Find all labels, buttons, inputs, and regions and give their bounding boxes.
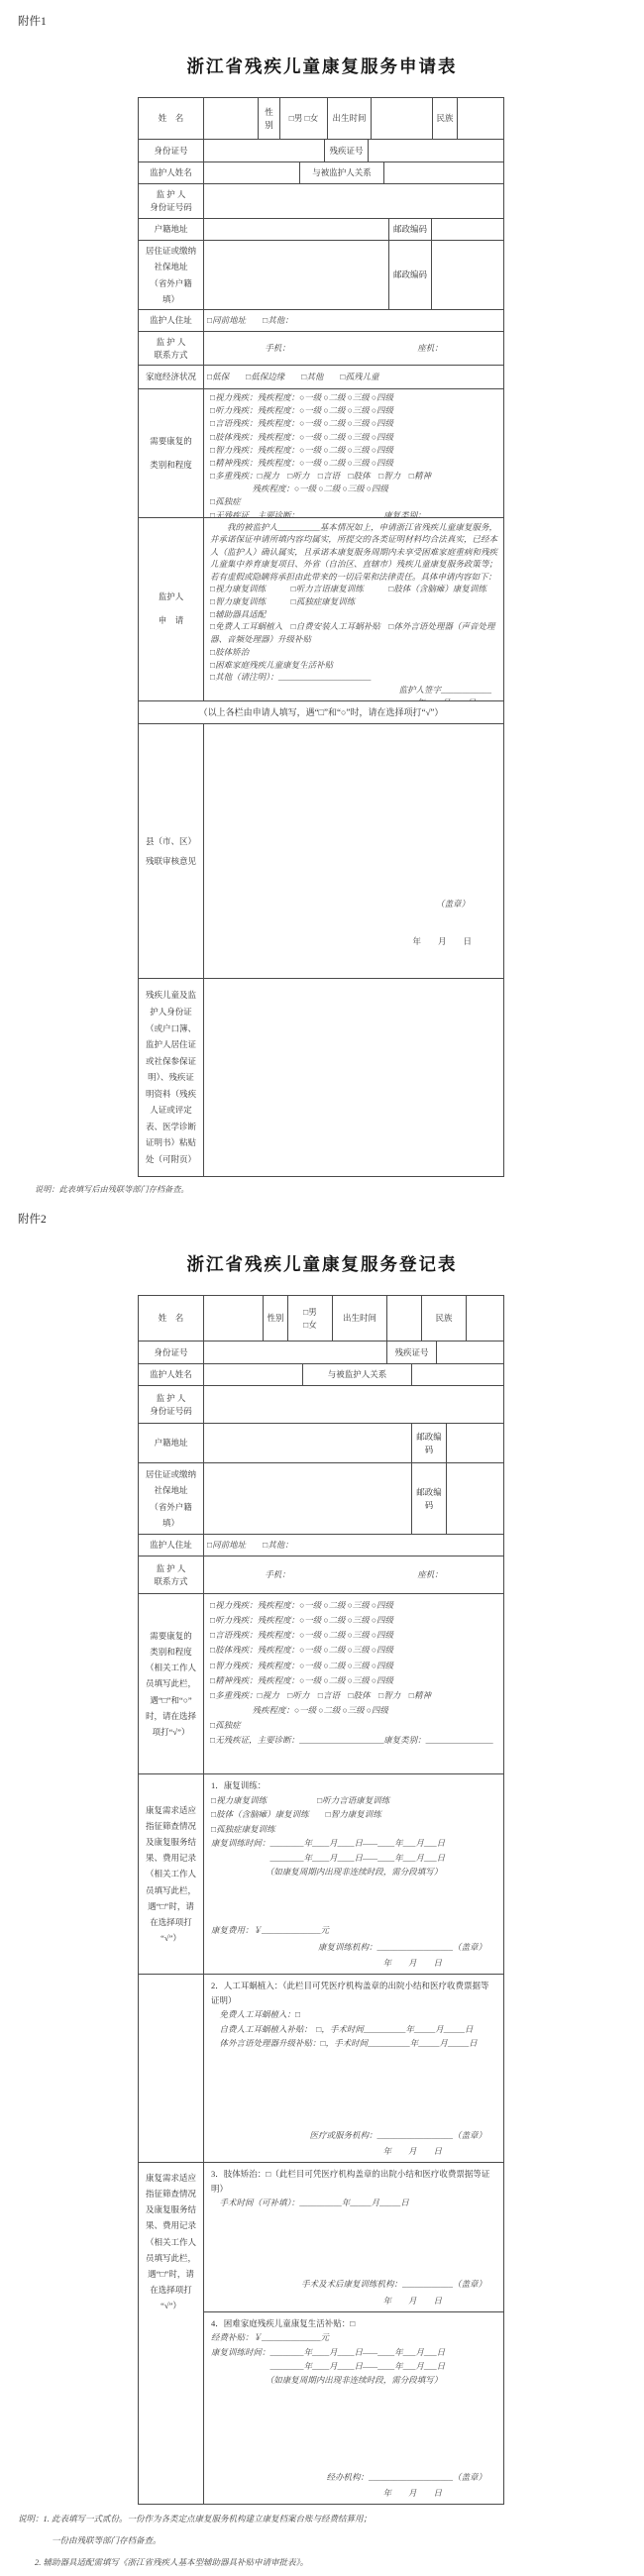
section1-cell: 1．康复训练：□视力康复训练 □听力言语康复训练□肢体（含脑瘫）康复训练 □智力… <box>203 1774 503 1974</box>
text-line: 免费人工耳蜗植入：□ <box>211 2007 496 2022</box>
guardian-name-value-cell <box>203 162 299 183</box>
text-line: □无残疾证，主要诊断：____________________康复类别：____… <box>210 509 497 517</box>
form2-row-rehab-category: 需要康复的 类别和程度 （相关工作人 员填写此栏， 遇“□”和“○” 时，请在选… <box>139 1593 503 1773</box>
form2-row-registered-addr: 户籍地址 邮政编码 <box>139 1423 503 1462</box>
section2-lines: 2．人工耳蜗植入：（此栏目可凭医疗机构盖章的出院小结和医疗收费票据等证明） 免费… <box>211 1979 496 2051</box>
rehab-category-label: 需要康复的 类别和程度 （相关工作人 员填写此栏， 遇“□”和“○” 时，请在选… <box>139 1594 203 1773</box>
fill-note: （以上各栏由申请人填写，遇“□”和“○”时，请在选择项打“√”） <box>139 701 503 723</box>
record-label-empty <box>139 1975 203 2162</box>
text-line: 康复训练时间：________年____月____日——____年___月___… <box>211 1836 496 1851</box>
postcode2-value-cell <box>446 1463 503 1534</box>
disability-no-label: 残疾证号 <box>324 140 368 161</box>
form1-table: 姓 名 性 别 □男 □女 出生时间 民族 身份证号 残疾证号 监护人姓名 与被… <box>138 97 504 1177</box>
ethnic-label: 民族 <box>421 1296 466 1341</box>
guardian-signature-line: 监护人签字____________ <box>210 684 497 697</box>
name-value-cell <box>203 98 258 139</box>
guardian-addr-label: 监护人住址 <box>139 1535 203 1556</box>
section3-org: 手术及术后康复训练机构：____________（盖章） <box>211 2278 496 2291</box>
id-label: 身份证号 <box>139 140 203 161</box>
form2-row-guardian-contact: 监 护 人 联系方式 手机： 座机： <box>139 1556 503 1593</box>
text-line: □视力残疾：残疾程度：○一级 ○二级 ○三级 ○四级 <box>210 391 497 404</box>
review-date: 年 月 日 <box>204 935 503 948</box>
registered-addr-value-cell <box>203 219 388 240</box>
text-line: 自费人工耳蜗植入补贴： □，手术时间__________年_____月_____… <box>211 2022 496 2037</box>
text-line: □视力康复训练 □听力言语康复训练 <box>211 1793 496 1808</box>
spacer <box>211 2387 496 2467</box>
form1-row-registered-addr: 户籍地址 邮政编码 <box>139 218 503 240</box>
registered-addr-label: 户籍地址 <box>139 219 203 240</box>
form2-row-id: 身份证号 残疾证号 <box>139 1341 503 1363</box>
form1-row-guardian-id: 监 护 人 身份证号码 <box>139 183 503 218</box>
spacer <box>211 1878 496 1923</box>
family-economy-options: □低保 □低保边缘 □其他 □孤残儿童 <box>203 366 503 388</box>
guardian-name-value-cell <box>203 1364 302 1385</box>
text-line: 体外言语处理器升级补贴：□，手术时间__________年_____月_____… <box>211 2036 496 2051</box>
guardian-contact-label: 监 护 人 联系方式 <box>139 1556 203 1593</box>
text-line: 2．人工耳蜗植入：（此栏目可凭医疗机构盖章的出院小结和医疗收费票据等证明） <box>211 1979 496 2007</box>
text-line: 4．困难家庭残疾儿童康复生活补贴：□ <box>211 2316 496 2331</box>
text-line: □困难家庭残疾儿童康复生活补贴 <box>210 659 497 672</box>
rehab-category-options: □视力残疾：残疾程度：○一级 ○二级 ○三级 ○四级□听力残疾：残疾程度：○一级… <box>203 389 503 517</box>
postcode-label: 邮政编码 <box>411 1424 446 1462</box>
text-line: □肢体残疾：残疾程度：○一级 ○二级 ○三级 ○四级 <box>210 431 497 444</box>
postcode-label: 邮政编码 <box>388 219 431 240</box>
residence-addr-label: 居住证或缴纳 社保地址 （省外户籍 填） <box>139 1463 203 1534</box>
review-content-cell: （盖章） 年 月 日 <box>203 724 503 978</box>
text-line: □听力残疾：残疾程度：○一级 ○二级 ○三级 ○四级 <box>210 1613 497 1628</box>
section4-org: 经办机构：____________________（盖章） <box>211 2471 496 2484</box>
text-line: □视力残疾：残疾程度：○一级 ○二级 ○三级 ○四级 <box>210 1598 497 1613</box>
disability-no-value-cell <box>368 140 503 161</box>
form1-row-guardian-addr: 监护人住址 □同前地址 □其他： <box>139 309 503 331</box>
section3-4-column: 3．肢体矫治：□（此栏目可凭医疗机构盖章的出院小结和医疗收费票据等证明） 手术时… <box>203 2163 503 2504</box>
text-line: 康复训练时间：________年____月____日——____年___月___… <box>211 2345 496 2360</box>
text-line: □精神残疾：残疾程度：○一级 ○二级 ○三级 ○四级 <box>210 457 497 470</box>
form2-row-residence-addr: 居住证或缴纳 社保地址 （省外户籍 填） 邮政编码 <box>139 1462 503 1534</box>
text-line: □言语残疾：残疾程度：○一级 ○二级 ○三级 ○四级 <box>210 1628 497 1643</box>
text-line: □孤独症 <box>210 495 497 508</box>
text-line: □智力残疾：残疾程度：○一级 ○二级 ○三级 ○四级 <box>210 1659 497 1673</box>
form1-row-guardian-name: 监护人姓名 与被监护人关系 <box>139 161 503 183</box>
text-line: □智力残疾：残疾程度：○一级 ○二级 ○三级 ○四级 <box>210 444 497 457</box>
form1-row-family-economy: 家庭经济状况 □低保 □低保边缘 □其他 □孤残儿童 <box>139 365 503 388</box>
guardian-relation-value-cell <box>383 162 503 183</box>
text-line: 残疾程度：○一级 ○二级 ○三级 ○四级 <box>210 483 497 495</box>
section3-date: 年 月 日 <box>211 2295 496 2308</box>
form1-row-review: 县（市、区） 残联审核意见 （盖章） 年 月 日 <box>139 723 503 978</box>
section1-lines: 1．康复训练：□视力康复训练 □听力言语康复训练□肢体（含脑瘫）康复训练 □智力… <box>211 1778 496 1866</box>
form2-table: 姓 名 性别 □男 □女 出生时间 民族 身份证号 残疾证号 监护人姓名 与被监… <box>138 1295 504 2505</box>
apply-statement: 我的被监护人__________基本情况如上，申请浙江省残疾儿童康复服务，并承诺… <box>210 521 497 583</box>
mobile-label: 手机： <box>265 1568 417 1581</box>
guardian-id-label: 监 护 人 身份证号码 <box>139 184 203 218</box>
postcode2-value-cell <box>431 241 503 309</box>
birth-label: 出生时间 <box>332 1296 386 1341</box>
text-line: 3．肢体矫治：□（此栏目可凭医疗机构盖章的出院小结和医疗收费票据等证明） <box>211 2167 496 2196</box>
landline-label: 座机： <box>417 342 443 355</box>
form2-row-name: 姓 名 性别 □男 □女 出生时间 民族 <box>139 1296 503 1341</box>
guardian-relation-label: 与被监护人关系 <box>299 162 383 183</box>
section3-lines: 3．肢体矫治：□（此栏目可凭医疗机构盖章的出院小结和医疗收费票据等证明） 手术时… <box>211 2167 496 2210</box>
postcode-value-cell <box>431 219 503 240</box>
guardian-relation-label: 与被监护人关系 <box>302 1364 411 1385</box>
guardian-id-label: 监 护 人 身份证号码 <box>139 1386 203 1423</box>
gender-label: 性 别 <box>258 98 279 139</box>
section2-cell: 2．人工耳蜗植入：（此栏目可凭医疗机构盖章的出院小结和医疗收费票据等证明） 免费… <box>203 1975 503 2162</box>
form2-row-section1: 康复需求适应 指征筛查情况 及康复服务结 果、费用记录 （相关工作人 员填写此栏… <box>139 1773 503 1974</box>
form1-row-residence-addr: 居住证或缴纳 社保地址 （省外户籍 填） 邮政编码 <box>139 240 503 309</box>
attachment1-label: 附件1 <box>0 0 644 29</box>
postcode2-label: 邮政编码 <box>388 241 431 309</box>
id-value-cell <box>203 140 324 161</box>
section2-date: 年 月 日 <box>211 2145 496 2158</box>
id-value-cell <box>203 1342 386 1363</box>
postcode-value-cell <box>446 1424 503 1462</box>
guardian-contact-label: 监 护 人 联系方式 <box>139 332 203 365</box>
form2-title: 浙江省残疾儿童康复服务登记表 <box>0 1251 644 1276</box>
text-line: ________年____月____日——____年___月___日 <box>211 2359 496 2374</box>
apply-date-line: 年 月 日 <box>210 697 497 700</box>
form1-row-fill-note: （以上各栏由申请人填写，遇“□”和“○”时，请在选择项打“√”） <box>139 700 503 723</box>
record-label-2: 康复需求适应 指征筛查情况 及康复服务结 果、费用记录 （相关工作人 员填写此栏… <box>139 2163 203 2504</box>
rehab-category-label: 需要康复的 类别和程度 <box>139 389 203 517</box>
text-line: □肢体残疾：残疾程度：○一级 ○二级 ○三级 ○四级 <box>210 1643 497 1658</box>
document-page: 附件1 浙江省残疾儿童康复服务申请表 姓 名 性 别 □男 □女 出生时间 民族… <box>0 0 644 2576</box>
birth-label: 出生时间 <box>327 98 371 139</box>
guardian-name-label: 监护人姓名 <box>139 1364 203 1385</box>
text-line: □精神残疾：残疾程度：○一级 ○二级 ○三级 ○四级 <box>210 1673 497 1688</box>
guardian-contact-value-cell: 手机： 座机： <box>203 332 503 365</box>
name-label: 姓 名 <box>139 1296 203 1341</box>
residence-addr-value-cell <box>203 1463 411 1534</box>
guardian-apply-label: 监护人 申 请 <box>139 518 203 700</box>
form1-footnote: 说明：此表填写后由残联等部门存档备查。 <box>35 1184 644 1195</box>
text-line: □肢体（含脑瘫）康复训练 □智力康复训练 <box>211 1807 496 1822</box>
review-seal: （盖章） <box>204 898 503 911</box>
disability-no-value-cell <box>436 1342 503 1363</box>
text-line: □免费人工耳蜗植入 □自费安装人工耳蜗补贴 □体外言语处理器（声音处理器、音频处… <box>210 620 497 646</box>
form1-title: 浙江省残疾儿童康复服务申请表 <box>0 54 644 78</box>
section1-date: 年 月 日 <box>211 1957 496 1970</box>
form2-footnotes: 说明：1. 此表填写一式贰份。一份作为各类定点康复服务机构建立康复档案台账与经费… <box>18 2513 644 2570</box>
birth-value-cell <box>386 1296 421 1341</box>
form1-row-id: 身份证号 残疾证号 <box>139 139 503 161</box>
section1-note: （如康复周期内出现非连续时段，需分段填写） <box>211 1866 496 1878</box>
residence-addr-value-cell <box>203 241 388 309</box>
family-economy-label: 家庭经济状况 <box>139 366 203 388</box>
guardian-id-value-cell <box>203 1386 503 1423</box>
section3-cell: 3．肢体矫治：□（此栏目可凭医疗机构盖章的出院小结和医疗收费票据等证明） 手术时… <box>204 2163 503 2311</box>
apply-options: □视力康复训练 □听力言语康复训练 □肢体（含脑瘫）康复训练□智力康复训练 □孤… <box>210 583 497 684</box>
form1-row-guardian-apply: 监护人 申 请 我的被监护人__________基本情况如上，申请浙江省残疾儿童… <box>139 517 503 700</box>
rehab-category-options: □视力残疾：残疾程度：○一级 ○二级 ○三级 ○四级□听力残疾：残疾程度：○一级… <box>203 1594 503 1773</box>
form1-row-guardian-contact: 监 护 人 联系方式 手机： 座机： <box>139 331 503 365</box>
form2-row-guardian-name: 监护人姓名 与被监护人关系 <box>139 1363 503 1385</box>
text-line: 2. 辅助器具适配需填写《浙江省残疾人基本型辅助器具补贴申请审批表》。 <box>18 2556 644 2569</box>
form1-row-rehab-category: 需要康复的 类别和程度 □视力残疾：残疾程度：○一级 ○二级 ○三级 ○四级□听… <box>139 388 503 517</box>
text-line: 1．康复训练： <box>211 1778 496 1793</box>
section4-lines: 4．困难家庭残疾儿童康复生活补贴：□经费补贴：￥______________元康… <box>211 2316 496 2374</box>
text-line: □视力康复训练 □听力言语康复训练 □肢体（含脑瘫）康复训练 <box>210 583 497 595</box>
landline-label: 座机： <box>417 1568 443 1581</box>
gender-options: □男 □女 <box>287 1296 332 1341</box>
form2-row-guardian-id: 监 护 人 身份证号码 <box>139 1385 503 1423</box>
form2-row-guardian-addr: 监护人住址 □同前地址 □其他： <box>139 1534 503 1556</box>
form1-row-name: 姓 名 性 别 □男 □女 出生时间 民族 <box>139 98 503 139</box>
text-line: □多重残疾：□视力 □听力 □言语 □肢体 □智力 □精神 <box>210 470 497 483</box>
text-line: □言语残疾：残疾程度：○一级 ○二级 ○三级 ○四级 <box>210 417 497 430</box>
disability-no-label: 残疾证号 <box>386 1342 436 1363</box>
section4-cell: 4．困难家庭残疾儿童康复生活补贴：□经费补贴：￥______________元康… <box>204 2311 503 2504</box>
birth-value-cell <box>371 98 432 139</box>
review-label: 县（市、区） 残联审核意见 <box>139 724 203 978</box>
text-line: □智力康复训练 □孤独症康复训练 <box>210 595 497 608</box>
text-line: 说明：1. 此表填写一式贰份。一份作为各类定点康复服务机构建立康复档案台账与经费… <box>18 2513 644 2525</box>
form1-row-paste-area: 残疾儿童及监 护人身份证 （或户口簿、 监护人居住证 或社保参保证 明）、残疾证… <box>139 978 503 1176</box>
paste-area-cell <box>203 979 503 1176</box>
section1-fee: 康复费用：￥______________元 <box>211 1924 496 1937</box>
text-line: □多重残疾：□视力 □听力 □言语 □肢体 □智力 □精神 <box>210 1688 497 1703</box>
ethnic-value-cell <box>466 1296 503 1341</box>
text-line: ________年____月____日——____年___月___日 <box>211 1851 496 1866</box>
postcode2-label: 邮政编码 <box>411 1463 446 1534</box>
attachment2-label: 附件2 <box>0 1195 644 1227</box>
ethnic-value-cell <box>457 98 503 139</box>
gender-options: □男 □女 <box>279 98 327 139</box>
text-line: 残疾程度：○一级 ○二级 ○三级 ○四级 <box>210 1703 497 1718</box>
text-line: 经费补贴：￥______________元 <box>211 2330 496 2345</box>
text-line: □听力残疾：残疾程度：○一级 ○二级 ○三级 ○四级 <box>210 404 497 417</box>
guardian-addr-label: 监护人住址 <box>139 310 203 331</box>
text-line: □孤独症康复训练 <box>211 1822 496 1837</box>
guardian-id-value-cell <box>203 184 503 218</box>
form2-row-section2: 2．人工耳蜗植入：（此栏目可凭医疗机构盖章的出院小结和医疗收费票据等证明） 免费… <box>139 1974 503 2162</box>
text-line: 手术时间（可补填）：__________年_____月_____日 <box>211 2196 496 2210</box>
name-label: 姓 名 <box>139 98 203 139</box>
guardian-addr-options: □同前地址 □其他： <box>203 1535 503 1556</box>
guardian-name-label: 监护人姓名 <box>139 162 203 183</box>
registered-addr-label: 户籍地址 <box>139 1424 203 1462</box>
text-line: □其他（请注明）：______________________ <box>210 671 497 684</box>
form2-row-section3-4: 康复需求适应 指征筛查情况 及康复服务结 果、费用记录 （相关工作人 员填写此栏… <box>139 2162 503 2504</box>
spacer <box>211 2051 496 2124</box>
id-label: 身份证号 <box>139 1342 203 1363</box>
paste-area-label: 残疾儿童及监 护人身份证 （或户口簿、 监护人居住证 或社保参保证 明）、残疾证… <box>139 979 203 1176</box>
residence-addr-label: 居住证或缴纳 社保地址 （省外户籍 填） <box>139 241 203 309</box>
text-line: □肢体矫治 <box>210 646 497 659</box>
name-value-cell <box>203 1296 263 1341</box>
section4-date: 年 月 日 <box>211 2487 496 2500</box>
mobile-label: 手机： <box>265 342 417 355</box>
section1-org: 康复训练机构：__________________（盖章） <box>211 1941 496 1954</box>
section4-note: （如康复周期内出现非连续时段，需分段填写） <box>211 2374 496 2387</box>
text-line: □孤独症 <box>210 1718 497 1733</box>
registered-addr-value-cell <box>203 1424 411 1462</box>
gender-label: 性别 <box>263 1296 287 1341</box>
ethnic-label: 民族 <box>432 98 457 139</box>
text-line: □无残疾证，主要诊断：____________________康复类别：____… <box>210 1733 497 1748</box>
record-label: 康复需求适应 指征筛查情况 及康复服务结 果、费用记录 （相关工作人 员填写此栏… <box>139 1774 203 1974</box>
spacer <box>211 2210 496 2274</box>
guardian-addr-options: □同前地址 □其他： <box>203 310 503 331</box>
guardian-contact-value-cell: 手机： 座机： <box>203 1556 503 1593</box>
text-line: □辅助器具适配 <box>210 608 497 621</box>
guardian-relation-value-cell <box>411 1364 503 1385</box>
text-line: 一份由残联等部门存档备查。 <box>18 2534 644 2547</box>
guardian-apply-content: 我的被监护人__________基本情况如上，申请浙江省残疾儿童康复服务，并承诺… <box>203 518 503 700</box>
section2-org: 医疗或服务机构：__________________（盖章） <box>211 2129 496 2142</box>
